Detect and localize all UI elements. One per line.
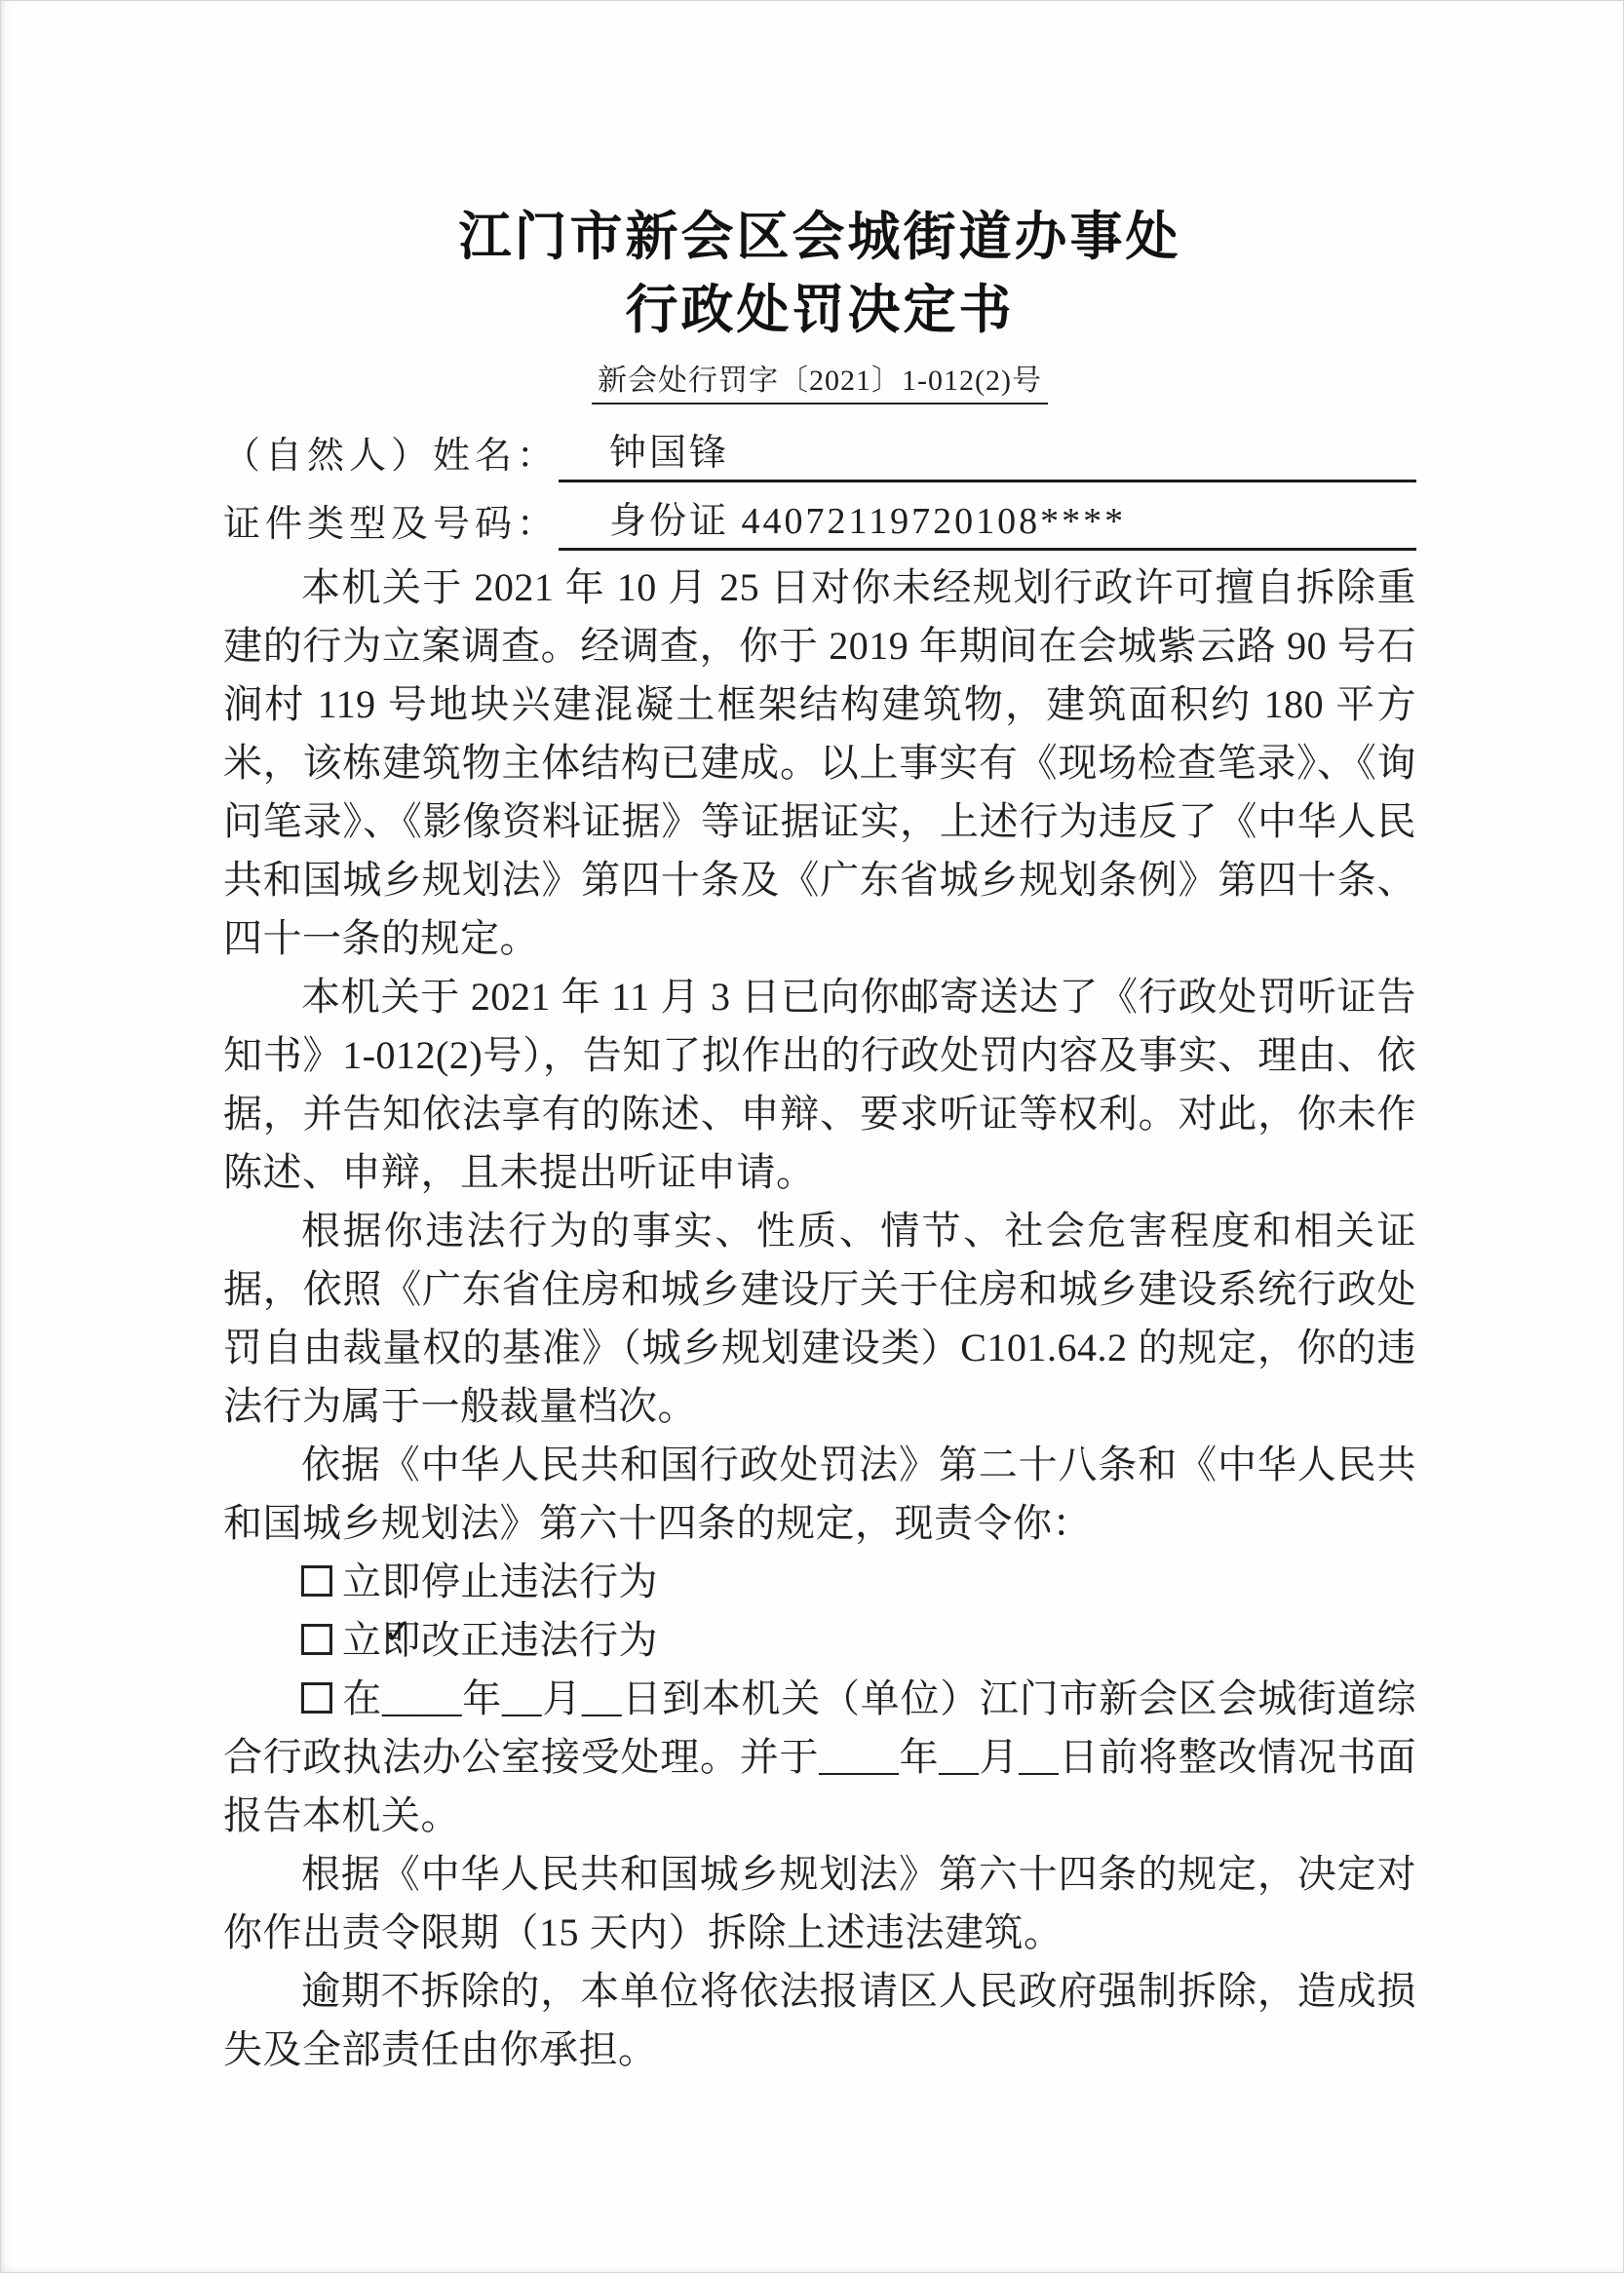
field-label: 证件类型及号码： xyxy=(223,493,559,551)
field-row: 证件类型及号码：身份证 44072119720108**** xyxy=(223,482,1416,551)
checkbox-unchecked-icon xyxy=(301,1682,332,1714)
document-content: 江门市新会区会城街道办事处 行政处罚决定书 新会处行罚字〔2021〕1-012(… xyxy=(223,201,1416,2079)
paragraph: 逾期不拆除的，本单位将依法报请区人民政府强制拆除，造成损失及全部责任由你承担。 xyxy=(223,1962,1416,2079)
field-row: （自然人）姓名：钟国锋 xyxy=(223,414,1416,482)
identity-fields: （自然人）姓名：钟国锋证件类型及号码：身份证 44072119720108***… xyxy=(223,414,1416,551)
field-value: 钟国锋 xyxy=(559,422,1416,482)
check-mark-icon: ✓ xyxy=(305,1615,413,1650)
title-line-1: 江门市新会区会城街道办事处 xyxy=(223,201,1416,274)
scanned-document-page: 江门市新会区会城街道办事处 行政处罚决定书 新会处行罚字〔2021〕1-012(… xyxy=(0,0,1624,2273)
checkbox-unchecked-icon xyxy=(301,1565,332,1597)
doc-number-row: 新会处行罚字〔2021〕1-012(2)号 xyxy=(223,363,1416,405)
document-title: 江门市新会区会城街道办事处 行政处罚决定书 xyxy=(223,201,1416,347)
doc-number: 新会处行罚字〔2021〕1-012(2)号 xyxy=(592,363,1048,405)
paragraph: 依据《中华人民共和国行政处罚法》第二十八条和《中华人民共和国城乡规划法》第六十四… xyxy=(223,1436,1416,1553)
field-label: （自然人）姓名： xyxy=(223,425,559,482)
checkbox-item: 立即停止违法行为 xyxy=(223,1553,1416,1611)
title-line-2: 行政处罚决定书 xyxy=(223,274,1416,347)
paragraph: 根据你违法行为的事实、性质、情节、社会危害程度和相关证据，依照《广东省住房和城乡… xyxy=(223,1202,1416,1436)
paragraph: 本机关于 2021 年 10 月 25 日对你未经规划行政许可擅自拆除重建的行为… xyxy=(223,559,1416,968)
paragraph: 本机关于 2021 年 11 月 3 日已向你邮寄送达了《行政处罚听证告知书》1… xyxy=(223,968,1416,1202)
checkbox-item: ✓立即改正违法行为 xyxy=(223,1611,1416,1670)
document-body: 本机关于 2021 年 10 月 25 日对你未经规划行政许可擅自拆除重建的行为… xyxy=(223,559,1416,2079)
field-value: 身份证 44072119720108**** xyxy=(559,490,1416,551)
checkbox-item: 在____年__月__日到本机关（单位）江门市新会区会城街道综合行政执法办公室接… xyxy=(223,1670,1416,1845)
paragraph: 根据《中华人民共和国城乡规划法》第六十四条的规定，决定对你作出责令限期（15 天… xyxy=(223,1845,1416,1962)
checkbox-checked-icon: ✓ xyxy=(301,1624,332,1655)
